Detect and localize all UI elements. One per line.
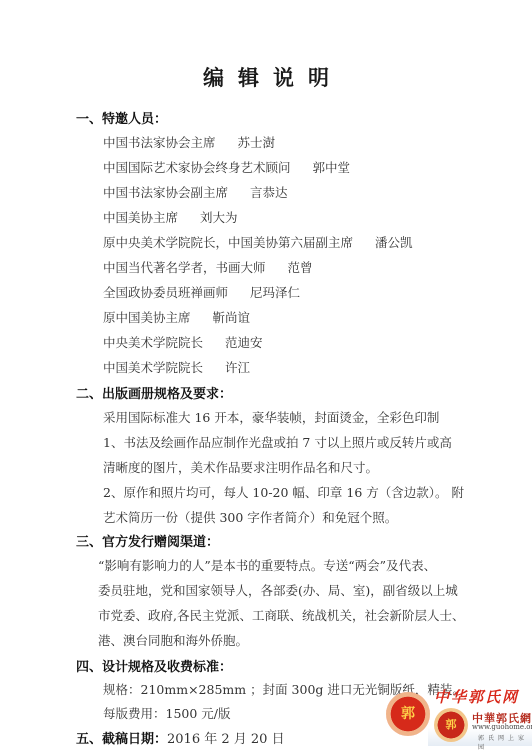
watermark-logo: 郭 中华郭氏网 郭 中華郭氏網 www.guohome.org 郭氏网上家园 bbox=[378, 684, 532, 746]
seal-icon: 郭 bbox=[386, 692, 430, 736]
distribution-line: 港、澳台同胞和海外侨胞。 bbox=[98, 631, 248, 649]
logo-slogan: 郭氏网上家园 bbox=[478, 733, 532, 750]
spec-line: 清晰度的图片，美术作品要求注明作品名和尺寸。 bbox=[103, 458, 378, 476]
invitee-line: 全国政协委员班禅画师尼玛泽仁 bbox=[103, 283, 300, 301]
deadline-value: 2016 年 2 月 20 日 bbox=[167, 732, 285, 747]
invitee-line: 中央美术学院院长范迪安 bbox=[103, 333, 263, 351]
logo-banner-text: 中华郭氏网 bbox=[434, 686, 519, 707]
logo-url: www.guohome.org bbox=[472, 723, 532, 731]
section-heading-invited: 一、特邀人员： bbox=[76, 108, 167, 127]
invitee-line: 中国国际艺术家协会终身艺术顾问郭中堂 bbox=[103, 158, 350, 176]
section-heading-specs: 二、出版画册规格及要求： bbox=[76, 383, 232, 402]
invitee-line: 中国美协主席刘大为 bbox=[103, 208, 238, 226]
invitee-line: 原中国美协主席靳尚谊 bbox=[103, 308, 250, 326]
seal-small-icon: 郭 bbox=[434, 708, 468, 742]
distribution-line: 委员驻地，党和国家领导人，各部委(办、局、室)，副省级以上城 bbox=[98, 581, 458, 599]
fee-line: 每版费用：1500 元/版 bbox=[103, 704, 231, 722]
section-heading-deadline: 五、截稿日期：2016 年 2 月 20 日 bbox=[76, 728, 285, 747]
section-heading-distribution: 三、官方发行赠阅渠道： bbox=[76, 531, 219, 550]
section-heading-fees: 四、设计规格及收费标准： bbox=[76, 656, 232, 675]
distribution-line: 市党委、政府,各民主党派、工商联、统战机关，社会新阶层人士、 bbox=[98, 606, 464, 624]
document-page: 编辑说明 一、特邀人员： 中国书法家协会主席苏士澍 中国国际艺术家协会终身艺术顾… bbox=[0, 0, 532, 750]
distribution-line: “影响有影响力的人”是本书的重要特点。专送“两会”及代表、 bbox=[98, 556, 436, 574]
spec-line: 2、原作和照片均可，每人 10-20 幅、印章 16 方（含边款）。 附 bbox=[103, 483, 464, 501]
spec-line: 1、书法及绘画作品应制作光盘或拍 7 寸以上照片或反转片或高 bbox=[103, 433, 452, 451]
spec-line: 艺术简历一份（提供 300 字作者简介）和免冠个照。 bbox=[103, 508, 397, 526]
invitee-line: 中国书法家协会主席苏士澍 bbox=[103, 133, 275, 151]
invitee-line: 原中央美术学院院长，中国美协第六届副主席潘公凯 bbox=[103, 233, 413, 251]
page-title: 编辑说明 bbox=[0, 62, 532, 92]
invitee-line: 中国书法家协会副主席言恭达 bbox=[103, 183, 288, 201]
spec-line: 采用国际标准大 16 开本，豪华装帧，封面烫金，全彩色印制 bbox=[103, 408, 439, 426]
invitee-line: 中国当代著名学者，书画大师范曾 bbox=[103, 258, 313, 276]
invitee-line: 中国美术学院院长许江 bbox=[103, 358, 250, 376]
